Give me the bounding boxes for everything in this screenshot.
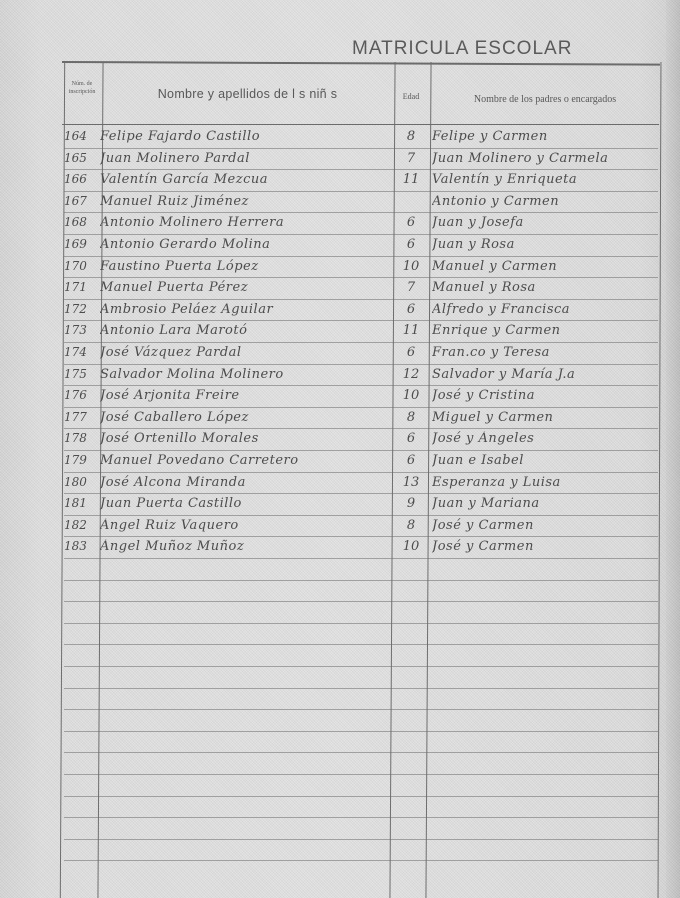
registration-number: 183 bbox=[64, 539, 98, 553]
student-name: Ángel Muñoz Muñoz bbox=[100, 539, 390, 554]
registration-number: 180 bbox=[64, 475, 98, 489]
student-age: 6 bbox=[396, 345, 426, 360]
header-bottom-rule bbox=[62, 124, 659, 125]
parents-names: Juan y Josefa bbox=[432, 215, 657, 230]
table-row: 178José Ortenillo Morales6José y Ángeles bbox=[0, 429, 680, 450]
student-age: 10 bbox=[396, 539, 426, 554]
table-row: 180José Alcona Miranda13Esperanza y Luis… bbox=[0, 473, 680, 494]
student-age: 8 bbox=[396, 129, 426, 144]
student-age: 10 bbox=[396, 259, 426, 274]
parents-names: Manuel y Carmen bbox=[432, 259, 657, 274]
student-age: 8 bbox=[396, 410, 426, 425]
table-row: 171Manuel Puerta Pérez7Manuel y Rosa bbox=[0, 278, 680, 299]
empty-table-row bbox=[0, 753, 680, 774]
student-name: Juan Puerta Castillo bbox=[100, 496, 390, 511]
student-age: 8 bbox=[396, 518, 426, 533]
registration-number: 173 bbox=[64, 323, 98, 337]
student-name: Manuel Ruiz Jiménez bbox=[100, 194, 390, 209]
student-age: 9 bbox=[396, 496, 426, 511]
column-header-age: Edad bbox=[394, 92, 428, 101]
student-name: José Ortenillo Morales bbox=[100, 431, 390, 446]
student-age: 13 bbox=[396, 475, 426, 490]
table-row: 167Manuel Ruiz JiménezAntonio y Carmen bbox=[0, 192, 680, 213]
table-row: 168Antonio Molinero Herrera6Juan y Josef… bbox=[0, 213, 680, 234]
table-row: 182Ángel Ruiz Vaquero8José y Carmen bbox=[0, 516, 680, 537]
parents-names: Juan Molinero y Carmela bbox=[432, 151, 657, 166]
table-row: 164Felipe Fajardo Castillo8Felipe y Carm… bbox=[0, 127, 680, 148]
empty-table-row bbox=[0, 645, 680, 666]
table-row: 165Juan Molinero Pardal7Juan Molinero y … bbox=[0, 149, 680, 170]
student-age: 12 bbox=[396, 367, 426, 382]
empty-table-row bbox=[0, 840, 680, 861]
empty-table-row bbox=[0, 797, 680, 818]
student-age: 6 bbox=[396, 215, 426, 230]
registration-number: 171 bbox=[64, 280, 98, 294]
registration-number: 182 bbox=[64, 518, 98, 532]
empty-table-row bbox=[0, 581, 680, 602]
registration-number: 178 bbox=[64, 431, 98, 445]
student-name: Manuel Puerta Pérez bbox=[100, 280, 390, 295]
document-page: MATRICULA ESCOLAR Núm. de inscripción No… bbox=[0, 0, 680, 898]
registration-number: 165 bbox=[64, 151, 98, 165]
table-row: 175Salvador Molina Molinero12Salvador y … bbox=[0, 365, 680, 386]
table-row: 174José Vázquez Pardal6Fran.co y Teresa bbox=[0, 343, 680, 364]
student-age: 6 bbox=[396, 302, 426, 317]
table-row: 172Ambrosio Peláez Aguilar6Alfredo y Fra… bbox=[0, 300, 680, 321]
student-age: 10 bbox=[396, 388, 426, 403]
registration-number: 175 bbox=[64, 367, 98, 381]
empty-table-row bbox=[0, 818, 680, 839]
parents-names: Valentín y Enriqueta bbox=[432, 172, 657, 187]
parents-names: José y Cristina bbox=[432, 388, 657, 403]
parents-names: José y Carmen bbox=[432, 539, 657, 554]
parents-names: Enrique y Carmen bbox=[432, 323, 657, 338]
table-row: 173Antonio Lara Marotó11Enrique y Carmen bbox=[0, 321, 680, 342]
registration-number: 181 bbox=[64, 496, 98, 510]
parents-names: Alfredo y Francisca bbox=[432, 302, 657, 317]
registration-number: 167 bbox=[64, 194, 98, 208]
student-name: Antonio Lara Marotó bbox=[100, 323, 390, 338]
parents-names: Felipe y Carmen bbox=[432, 129, 657, 144]
student-name: Juan Molinero Pardal bbox=[100, 151, 390, 166]
student-age: 7 bbox=[396, 280, 426, 295]
parents-names: Antonio y Carmen bbox=[432, 194, 657, 209]
registration-number: 170 bbox=[64, 259, 98, 273]
student-name: José Vázquez Pardal bbox=[100, 345, 390, 360]
parents-names: José y Ángeles bbox=[432, 431, 657, 446]
registration-number: 177 bbox=[64, 410, 98, 424]
student-name: José Caballero López bbox=[100, 410, 390, 425]
registration-number: 168 bbox=[64, 215, 98, 229]
table-top-rule bbox=[62, 61, 660, 66]
empty-table-row bbox=[0, 775, 680, 796]
registration-number: 176 bbox=[64, 388, 98, 402]
table-row: 170Faustino Puerta López10Manuel y Carme… bbox=[0, 257, 680, 278]
student-name: Antonio Gerardo Molina bbox=[100, 237, 390, 252]
table-row: 166Valentín García Mezcua11Valentín y En… bbox=[0, 170, 680, 191]
student-name: Antonio Molinero Herrera bbox=[100, 215, 390, 230]
empty-table-row bbox=[0, 559, 680, 580]
registration-number: 172 bbox=[64, 302, 98, 316]
student-name: José Arjonita Freire bbox=[100, 388, 390, 403]
empty-table-row bbox=[0, 667, 680, 688]
parents-names: Manuel y Rosa bbox=[432, 280, 657, 295]
empty-table-row bbox=[0, 689, 680, 710]
student-age: 11 bbox=[396, 172, 426, 187]
page-title: MATRICULA ESCOLAR bbox=[352, 38, 572, 60]
registration-number: 174 bbox=[64, 345, 98, 359]
row-rule bbox=[64, 860, 658, 861]
student-age: 6 bbox=[396, 453, 426, 468]
table-row: 176José Arjonita Freire10José y Cristina bbox=[0, 386, 680, 407]
registration-number: 164 bbox=[64, 129, 98, 143]
student-age: 7 bbox=[396, 151, 426, 166]
parents-names: Salvador y María J.a bbox=[432, 367, 657, 382]
table-row: 181Juan Puerta Castillo9Juan y Mariana bbox=[0, 494, 680, 515]
empty-table-row bbox=[0, 732, 680, 753]
parents-names: Juan y Rosa bbox=[432, 237, 657, 252]
table-row: 177José Caballero López8Miguel y Carmen bbox=[0, 408, 680, 429]
column-header-parents: Nombre de los padres o encargados bbox=[430, 94, 660, 105]
empty-table-row bbox=[0, 624, 680, 645]
student-name: Ángel Ruiz Vaquero bbox=[100, 518, 390, 533]
student-name: Valentín García Mezcua bbox=[100, 172, 390, 187]
table-row: 169Antonio Gerardo Molina6Juan y Rosa bbox=[0, 235, 680, 256]
parents-names: Juan y Mariana bbox=[432, 496, 657, 511]
empty-table-row bbox=[0, 710, 680, 731]
column-header-name: Nombre y apellidos de l s niñ s bbox=[105, 87, 390, 101]
parents-names: Esperanza y Luisa bbox=[432, 475, 657, 490]
table-row: 183Ángel Muñoz Muñoz10José y Carmen bbox=[0, 537, 680, 558]
table-row: 179Manuel Povedano Carretero6Juan e Isab… bbox=[0, 451, 680, 472]
parents-names: Fran.co y Teresa bbox=[432, 345, 657, 360]
student-age: 11 bbox=[396, 323, 426, 338]
column-header-number: Núm. de inscripción bbox=[64, 80, 100, 96]
empty-table-row bbox=[0, 602, 680, 623]
student-name: Ambrosio Peláez Aguilar bbox=[100, 302, 390, 317]
student-age: 6 bbox=[396, 237, 426, 252]
parents-names: Juan e Isabel bbox=[432, 453, 657, 468]
student-name: Felipe Fajardo Castillo bbox=[100, 129, 390, 144]
parents-names: José y Carmen bbox=[432, 518, 657, 533]
registration-number: 166 bbox=[64, 172, 98, 186]
student-name: Manuel Povedano Carretero bbox=[100, 453, 390, 468]
registration-number: 169 bbox=[64, 237, 98, 251]
student-age: 6 bbox=[396, 431, 426, 446]
student-name: Faustino Puerta López bbox=[100, 259, 390, 274]
parents-names: Miguel y Carmen bbox=[432, 410, 657, 425]
student-name: José Alcona Miranda bbox=[100, 475, 390, 490]
student-name: Salvador Molina Molinero bbox=[100, 367, 390, 382]
registration-number: 179 bbox=[64, 453, 98, 467]
